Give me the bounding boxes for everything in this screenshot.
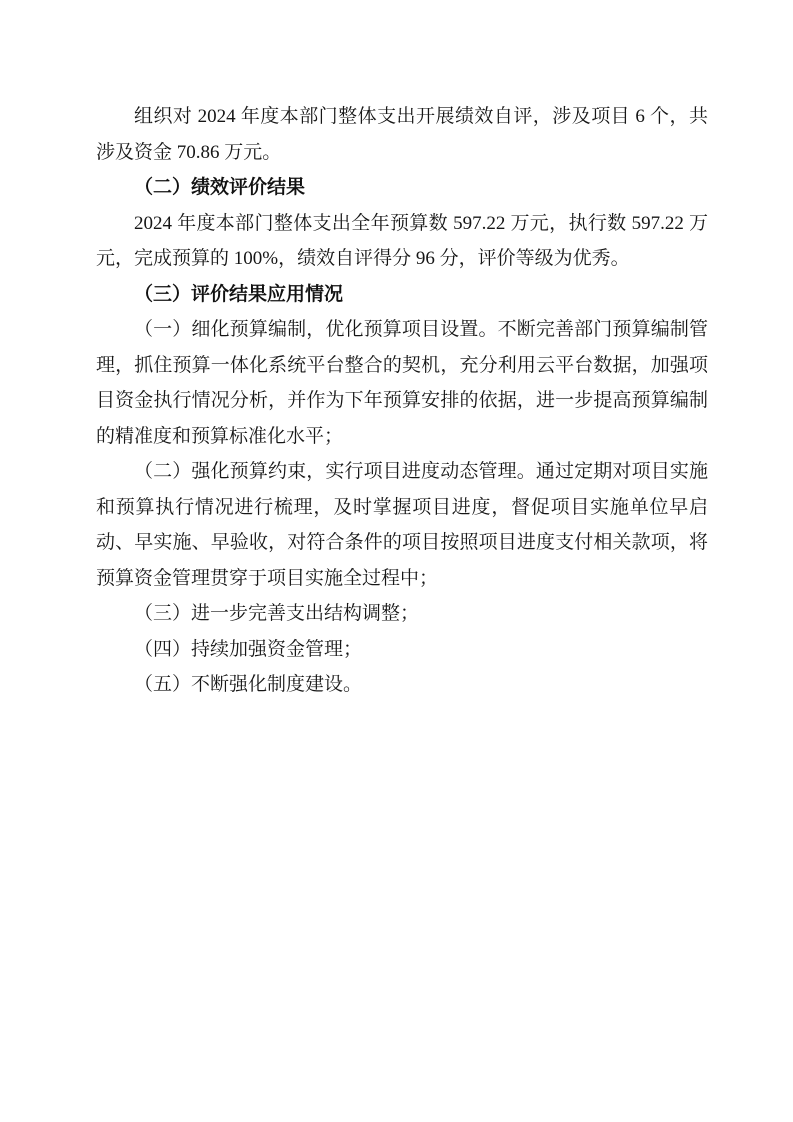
paragraph-self-evaluation-overview: 组织对 2024 年度本部门整体支出开展绩效自评，涉及项目 6 个，共涉及资金 … xyxy=(96,99,708,170)
paragraph-application-item-5: （五）不断强化制度建设。 xyxy=(96,667,708,703)
paragraph-application-item-3: （三）进一步完善支出结构调整； xyxy=(96,596,708,632)
paragraph-evaluation-results: 2024 年度本部门整体支出全年预算数 597.22 万元，执行数 597.22… xyxy=(96,206,708,277)
section-heading-evaluation-results: （二）绩效评价结果 xyxy=(96,170,708,206)
paragraph-application-item-4: （四）持续加强资金管理； xyxy=(96,632,708,668)
paragraph-application-item-1: （一）细化预算编制，优化预算项目设置。不断完善部门预算编制管理，抓住预算一体化系… xyxy=(96,312,708,454)
document-page: 组织对 2024 年度本部门整体支出开展绩效自评，涉及项目 6 个，共涉及资金 … xyxy=(0,0,793,1122)
document-content: 组织对 2024 年度本部门整体支出开展绩效自评，涉及项目 6 个，共涉及资金 … xyxy=(96,99,708,703)
paragraph-application-item-2: （二）强化预算约束，实行项目进度动态管理。通过定期对项目实施和预算执行情况进行梳… xyxy=(96,454,708,596)
section-heading-results-application: （三）评价结果应用情况 xyxy=(96,277,708,313)
